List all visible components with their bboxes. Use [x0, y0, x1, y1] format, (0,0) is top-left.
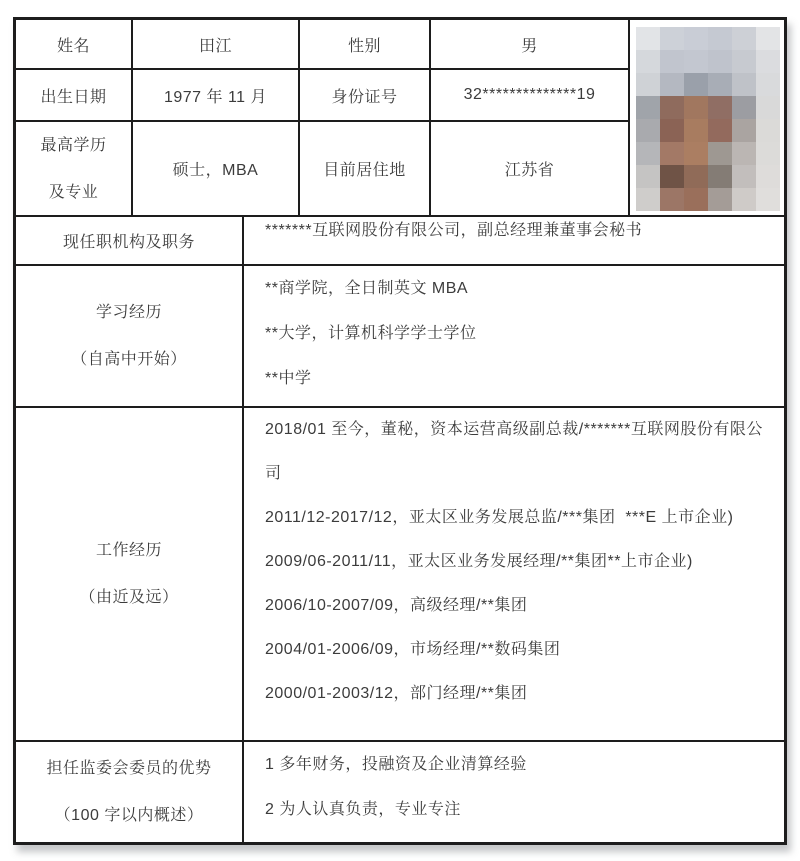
gender-label: 性别: [348, 33, 381, 56]
advantages-label-line1: 担任监委会委员的优势: [46, 745, 211, 792]
education-label-line1: 最高学历: [40, 122, 106, 169]
advantages-label-cell: 担任监委会委员的优势 （100 字以内概述）: [16, 742, 244, 842]
birth-value: 1977 年 11 月: [164, 84, 267, 107]
id-value-cell: 32**************19: [431, 70, 630, 122]
advantage-item: 1 多年财务，投融资及企业清算经验: [265, 742, 527, 787]
pixelated-portrait-photo: [636, 27, 780, 211]
current-position-label-cell: 现任职机构及职务: [16, 217, 244, 266]
residence-value-cell: 江苏省: [431, 122, 630, 217]
education-history-item: **中学: [265, 356, 311, 401]
resume-document-page: 姓名 田江 性别 男 出生日期 1977 年 11 月 身份证号: [0, 0, 800, 861]
education-history-section: 学习经历 （自高中开始） **商学院，全日制英文 MBA **大学，计算机科学学…: [16, 266, 784, 408]
work-history-item: 2004/01-2006/09，市场经理/**数码集团: [265, 628, 560, 672]
residence-label-cell: 目前居住地: [300, 122, 431, 217]
work-history-value-cell: 2018/01 至今，董秘，资本运营高级副总裁/*******互联网股份有限公司…: [244, 408, 784, 742]
birth-label: 出生日期: [40, 84, 106, 107]
work-history-item: 2000/01-2003/12，部门经理/**集团: [265, 672, 527, 716]
advantages-value-cell: 1 多年财务，投融资及企业清算经验 2 为人认真负责，专业专注: [244, 742, 784, 842]
current-position-section: 现任职机构及职务 *******互联网股份有限公司，副总经理兼董事会秘书: [16, 217, 784, 266]
id-value: 32**************19: [464, 86, 596, 104]
education-history-label-line2: （自高中开始）: [71, 336, 187, 383]
advantages-label-line2: （100 字以内概述）: [55, 792, 204, 839]
advantage-item: 2 为人认真负责，专业专注: [265, 787, 461, 832]
work-history-item: 2009/06-2011/11，亚太区业务发展经理/**集团**上市企业): [265, 540, 693, 584]
work-history-item: 2018/01 至今，董秘，资本运营高级副总裁/*******互联网股份有限公司: [265, 408, 772, 496]
personal-info-section: 姓名 田江 性别 男 出生日期 1977 年 11 月 身份证号: [16, 20, 784, 217]
birth-label-cell: 出生日期: [16, 70, 133, 122]
education-history-label-line1: 学习经历: [96, 289, 162, 336]
education-history-value-cell: **商学院，全日制英文 MBA **大学，计算机科学学士学位 **中学: [244, 266, 784, 408]
education-label-line2: 及专业: [49, 169, 99, 216]
education-history-item: **大学，计算机科学学士学位: [265, 311, 476, 356]
education-value: 硕士，MBA: [173, 157, 259, 180]
name-label-cell: 姓名: [16, 20, 133, 70]
work-history-section: 工作经历 （由近及远） 2018/01 至今，董秘，资本运营高级副总裁/****…: [16, 408, 784, 742]
work-history-label-cell: 工作经历 （由近及远）: [16, 408, 244, 742]
gender-value-cell: 男: [431, 20, 630, 70]
current-position-label: 现任职机构及职务: [63, 229, 195, 252]
residence-label: 目前居住地: [323, 157, 406, 180]
name-value: 田江: [199, 33, 232, 56]
current-position-value-cell: *******互联网股份有限公司，副总经理兼董事会秘书: [244, 217, 784, 266]
name-label: 姓名: [57, 33, 90, 56]
work-history-label-line1: 工作经历: [96, 527, 162, 574]
education-value-cell: 硕士，MBA: [133, 122, 300, 217]
work-history-label-line2: （由近及远）: [79, 574, 178, 621]
gender-label-cell: 性别: [300, 20, 431, 70]
id-label: 身份证号: [331, 84, 397, 107]
name-value-cell: 田江: [133, 20, 300, 70]
education-history-item: **商学院，全日制英文 MBA: [265, 266, 468, 311]
id-label-cell: 身份证号: [300, 70, 431, 122]
resume-table: 姓名 田江 性别 男 出生日期 1977 年 11 月 身份证号: [13, 17, 787, 845]
residence-value: 江苏省: [505, 157, 555, 180]
advantages-section: 担任监委会委员的优势 （100 字以内概述） 1 多年财务，投融资及企业清算经验…: [16, 742, 784, 842]
work-history-item: 2006/10-2007/09，高级经理/**集团: [265, 584, 527, 628]
photo-cell: [630, 20, 784, 217]
gender-value: 男: [521, 33, 538, 56]
work-history-item: 2011/12-2017/12，亚太区业务发展总监/***集团 ***E 上市企…: [265, 496, 733, 540]
education-history-label-cell: 学习经历 （自高中开始）: [16, 266, 244, 408]
current-position-value: *******互联网股份有限公司，副总经理兼董事会秘书: [265, 217, 642, 240]
education-label-cell: 最高学历 及专业: [16, 122, 133, 217]
birth-value-cell: 1977 年 11 月: [133, 70, 300, 122]
